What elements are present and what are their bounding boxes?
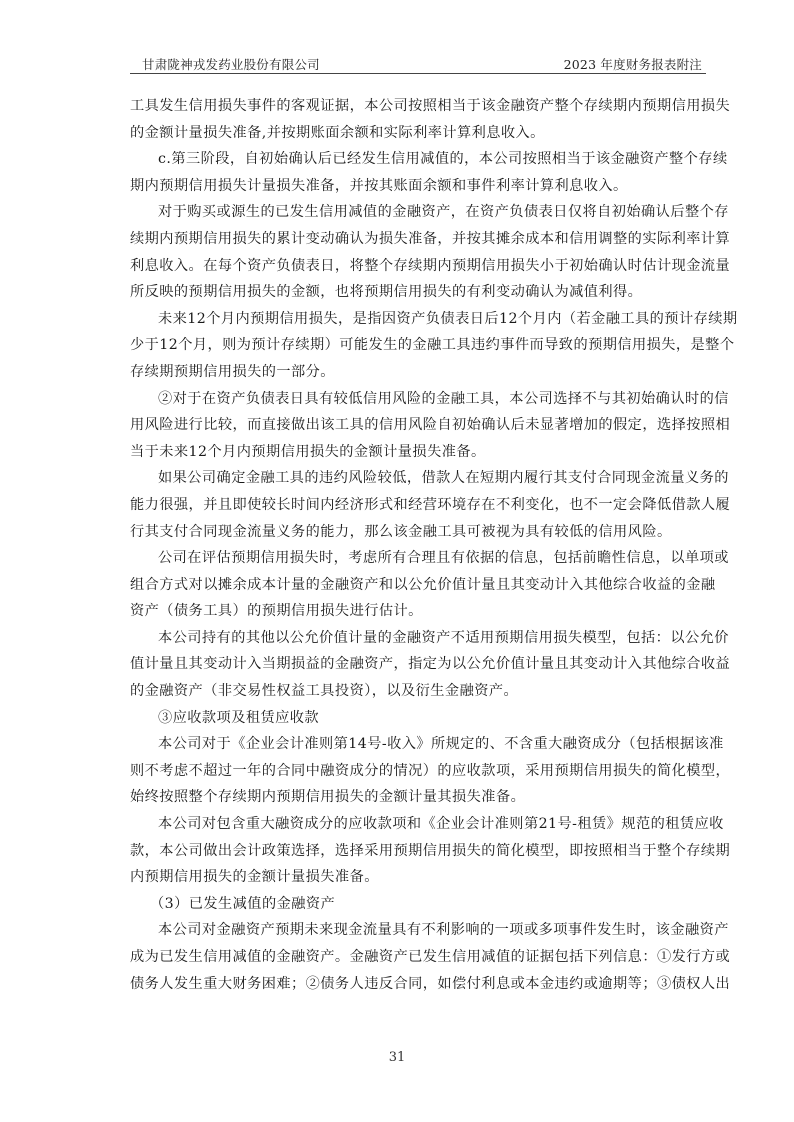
- text-line: 本公司对于《企业会计准则第14号-收入》所规定的、不含重大融资成分（包括根据该准: [130, 731, 704, 758]
- text-line: 本公司持有的其他以公允价值计量的金融资产不适用预期信用损失模型，包括：以公允价: [130, 625, 704, 652]
- text-line: 未来12个月内预期信用损失，是指因资产负债表日后12个月内（若金融工具的预计存续…: [130, 306, 704, 333]
- text-line: 本公司对包含重大融资成分的应收款项和《企业会计准则第21号-租赁》规范的租赁应收: [130, 811, 704, 838]
- text-line: 少于12个月，则为预计存续期）可能发生的金融工具违约事件而导致的预期信用损失，是…: [130, 332, 704, 359]
- text-line: 工具发生信用损失事件的客观证据，本公司按照相当于该金融资产整个存续期内预期信用损…: [130, 93, 704, 120]
- section-heading: （3）已发生减值的金融资产: [130, 891, 704, 918]
- text-line: 的金融资产（非交易性权益工具投资），以及衍生金融资产。: [130, 678, 704, 705]
- text-line: 内预期信用损失的金额计量损失准备。: [130, 864, 704, 891]
- text-line: 对于购买或源生的已发生信用减值的金融资产，在资产负债表日仅将自初始确认后整个存: [130, 199, 704, 226]
- text-line: 公司在评估预期信用损失时，考虑所有合理且有依据的信息，包括前瞻性信息，以单项或: [130, 545, 704, 572]
- page-number: 31: [0, 1050, 794, 1065]
- text-line: 则不考虑不超过一年的合同中融资成分的情况）的应收款项，采用预期信用损失的简化模型…: [130, 758, 704, 785]
- text-line: 续期内预期信用损失的累计变动确认为损失准备，并按其摊余成本和信用调整的实际利率计…: [130, 226, 704, 253]
- page-header: 甘肃陇神戎发药业股份有限公司 2023 年度财务报表附注: [130, 53, 706, 74]
- text-line: 的金额计量损失准备,并按期账面余额和实际利率计算利息收入。: [130, 120, 704, 147]
- text-line: 能力很强，并且即使较长时间内经济形式和经营环境存在不利变化，也不一定会降低借款人…: [130, 492, 704, 519]
- text-line: 资产（债务工具）的预期信用损失进行估计。: [130, 598, 704, 625]
- text-line: ②对于在资产负债表日具有较低信用风险的金融工具，本公司选择不与其初始确认时的信: [130, 386, 704, 413]
- document-body: 工具发生信用损失事件的客观证据，本公司按照相当于该金融资产整个存续期内预期信用损…: [130, 93, 704, 997]
- text-line: 利息收入。在每个资产负债表日，将整个存续期内预期信用损失小于初始确认时估计现金流…: [130, 253, 704, 280]
- text-line: 存续期预期信用损失的一部分。: [130, 359, 704, 386]
- text-line: 本公司对金融资产预期未来现金流量具有不利影响的一项或多项事件发生时，该金融资产: [130, 917, 704, 944]
- text-line: 当于未来12个月内预期信用损失的金额计量损失准备。: [130, 439, 704, 466]
- text-line: c.第三阶段，自初始确认后已经发生信用减值的，本公司按照相当于该金融资产整个存续: [130, 146, 704, 173]
- section-heading: ③应收款项及租赁应收款: [130, 705, 704, 732]
- text-line: 所反映的预期信用损失的金额，也将预期信用损失的有利变动确认为减值利得。: [130, 279, 704, 306]
- text-line: 期内预期信用损失计量损失准备，并按其账面余额和事件利率计算利息收入。: [130, 173, 704, 200]
- text-line: 成为已发生信用减值的金融资产。金融资产已发生信用减值的证据包括下列信息：①发行方…: [130, 944, 704, 971]
- text-line: 组合方式对以摊余成本计量的金融资产和以公允价值计量且其变动计入其他综合收益的金融: [130, 572, 704, 599]
- text-line: 债务人发生重大财务困难；②债务人违反合同，如偿付利息或本金违约或逾期等；③债权人…: [130, 971, 704, 998]
- text-line: 款，本公司做出会计政策选择，选择采用预期信用损失的简化模型，即按照相当于整个存续…: [130, 838, 704, 865]
- header-company-name: 甘肃陇神戎发药业股份有限公司: [142, 55, 320, 73]
- text-line: 行其支付合同现金流量义务的能力，那么该金融工具可被视为具有较低的信用风险。: [130, 519, 704, 546]
- text-line: 值计量且其变动计入当期损益的金融资产，指定为以公允价值计量且其变动计入其他综合收…: [130, 651, 704, 678]
- text-line: 始终按照整个存续期内预期信用损失的金额计量其损失准备。: [130, 784, 704, 811]
- header-report-title: 2023 年度财务报表附注: [564, 55, 702, 73]
- text-line: 用风险进行比较，而直接做出该工具的信用风险自初始确认后未显著增加的假定，选择按照…: [130, 412, 704, 439]
- text-line: 如果公司确定金融工具的违约风险较低，借款人在短期内履行其支付合同现金流量义务的: [130, 465, 704, 492]
